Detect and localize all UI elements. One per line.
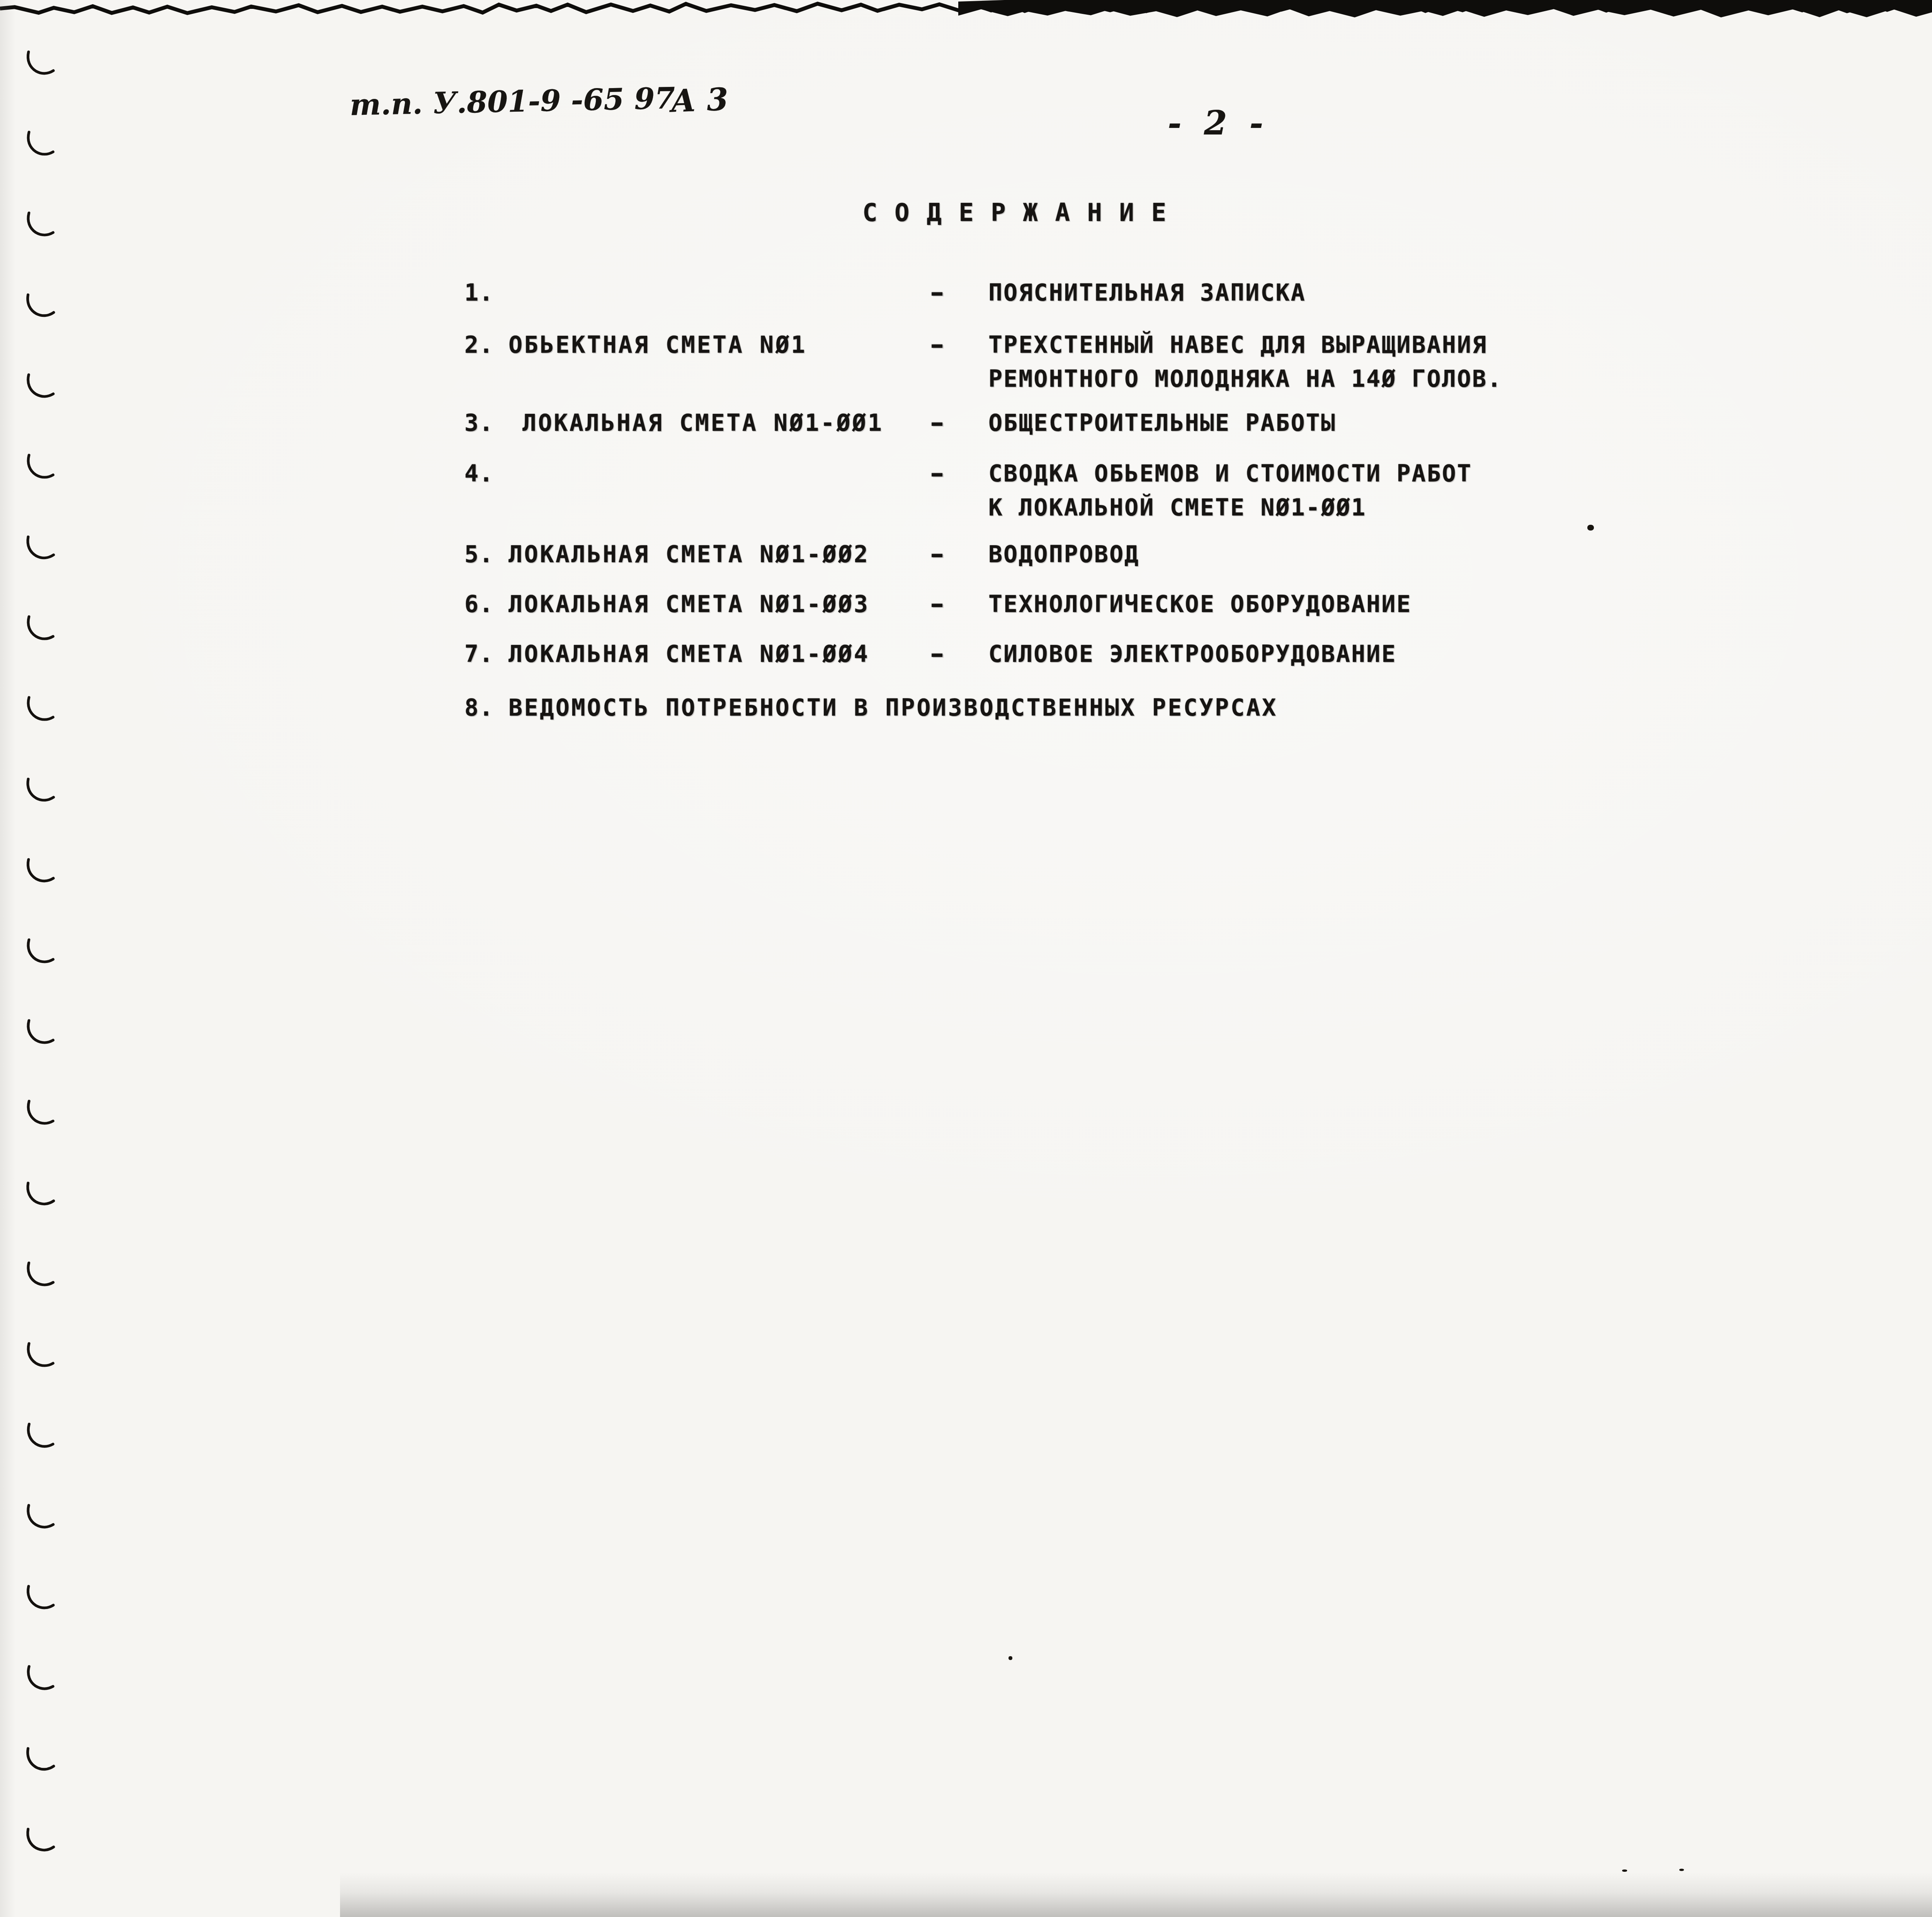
- toc-item-dash: -: [927, 587, 947, 621]
- table-of-contents: 1. - ПОЯСНИТЕЛЬНАЯ ЗАПИСКА 2. ОБЬЕКТНАЯ …: [0, 0, 1932, 1917]
- toc-item-number: 7.: [464, 637, 494, 671]
- toc-item-number: 8.: [464, 691, 494, 725]
- toc-item-number: 5.: [464, 538, 494, 572]
- toc-item-number: 1.: [464, 276, 494, 310]
- toc-item-description: ТЕХНОЛОГИЧЕСКОЕ ОБОРУДОВАНИЕ: [988, 587, 1412, 621]
- toc-item-label: ЛОКАЛЬНАЯ СМЕТА NØ1-ØØ2: [509, 538, 869, 572]
- toc-item-number: 3.: [464, 406, 494, 440]
- toc-item-label: ЛОКАЛЬНАЯ СМЕТА NØ1-ØØ1: [522, 406, 883, 440]
- toc-item-description: ОБЩЕСТРОИТЕЛЬНЫЕ РАБОТЫ: [988, 406, 1336, 440]
- toc-item-dash: -: [927, 406, 947, 440]
- toc-item-dash: -: [927, 276, 947, 310]
- toc-item-dash: -: [927, 457, 947, 491]
- scan-shadow-left: [0, 0, 15, 1917]
- toc-item-description: ТРЕХСТЕННЫЙ НАВЕС ДЛЯ ВЫРАЩИВАНИЯ РЕМОНТ…: [988, 328, 1502, 396]
- toc-item-number: 4.: [464, 457, 494, 491]
- toc-item-dash: -: [927, 328, 947, 362]
- ink-speck: [1587, 525, 1594, 531]
- toc-item-label: ВЕДОМОСТЬ ПОТРЕБНОСТИ В ПРОИЗВОДСТВЕННЫХ…: [509, 691, 1278, 725]
- toc-item-label: ЛОКАЛЬНАЯ СМЕТА NØ1-ØØ4: [509, 637, 869, 671]
- toc-item-dash: -: [927, 538, 947, 572]
- ink-speck: [1679, 1869, 1684, 1871]
- toc-item-dash: -: [927, 637, 947, 671]
- toc-item-number: 2.: [464, 328, 494, 362]
- toc-item-number: 6.: [464, 587, 494, 621]
- toc-item-8: 8. ВЕДОМОСТЬ ПОТРЕБНОСТИ В ПРОИЗВОДСТВЕН…: [0, 691, 1932, 768]
- scanned-document-page: т.п. У.801-9 -65 97 А 3 - 2 - 10779/3 С …: [0, 0, 1932, 1917]
- scan-shadow-bottom: [340, 1873, 1932, 1917]
- toc-item-2: 2. ОБЬЕКТНАЯ СМЕТА NØ1 - ТРЕХСТЕННЫЙ НАВ…: [0, 328, 1932, 405]
- toc-item-description: ПОЯСНИТЕЛЬНАЯ ЗАПИСКА: [988, 276, 1306, 310]
- toc-item-description: СИЛОВОЕ ЭЛЕКТРООБОРУДОВАНИЕ: [988, 637, 1396, 671]
- ink-speck: [1622, 1869, 1627, 1872]
- toc-item-label: ЛОКАЛЬНАЯ СМЕТА NØ1-ØØ3: [509, 587, 869, 621]
- toc-item-label: ОБЬЕКТНАЯ СМЕТА NØ1: [509, 328, 807, 362]
- ink-speck: [1009, 1656, 1012, 1660]
- toc-item-description: ВОДОПРОВОД: [988, 538, 1139, 572]
- toc-item-description: СВОДКА ОБЬЕМОВ И СТОИМОСТИ РАБОТ К ЛОКАЛ…: [988, 457, 1472, 525]
- toc-item-4: 4. - СВОДКА ОБЬЕМОВ И СТОИМОСТИ РАБОТ К …: [0, 457, 1932, 534]
